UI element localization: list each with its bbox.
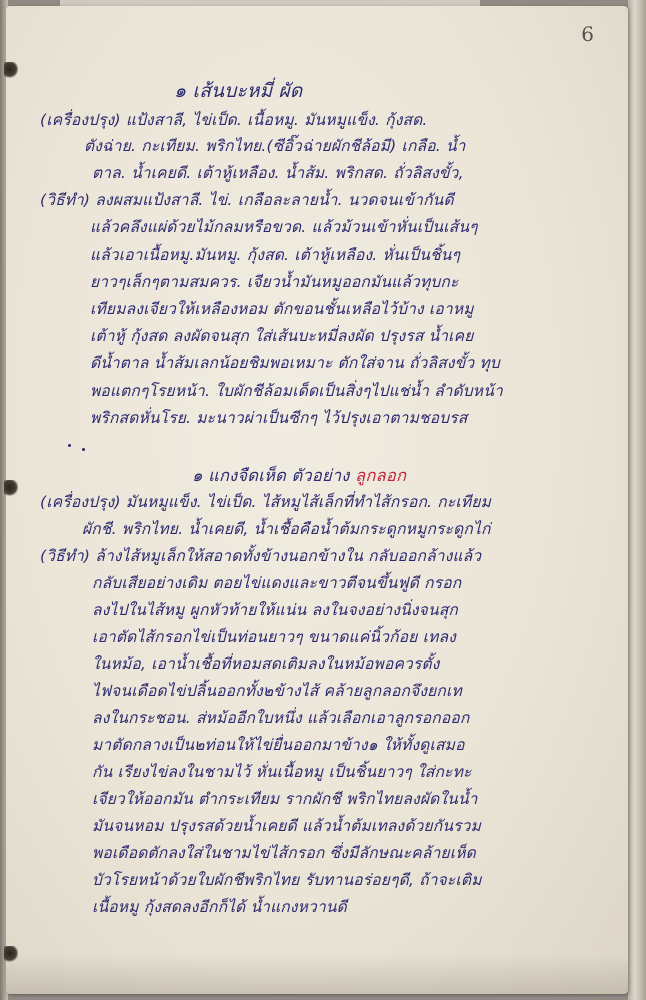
recipe-line: (เครื่องปรุง) แป้งสาลี, ไข่เป็ด. เนื้อหม… [40, 107, 428, 132]
recipe-title-annotation: ลูกลอก [355, 466, 406, 485]
recipe-line: ตังฉ่าย. กะเทียม. พริกไทย.(ซีอิ๊วฉ่ายผัก… [84, 133, 466, 158]
recipe-line: พริกสดหั่นโรย. มะนาวผ่าเป็นซีกๆ ไว้ปรุงเ… [90, 405, 467, 430]
recipe-line: (เครื่องปรุง) มันหมูแข็ง. ไข่เป็ด. ไส้หม… [40, 489, 491, 514]
recipe-line: พอเดือดตักลงใส่ในชามไข่ไส้กรอก ซึ่งมีลัก… [92, 840, 476, 865]
ink-dot [82, 448, 85, 451]
recipe-line: (วิธีทำ) ลงผสมแป้งสาลี. ไข่. เกลือละลายน… [40, 187, 454, 212]
recipe-line: มาตัดกลางเป็น๒ท่อนให้ไข่ยื่นออกมาข้าง๑ ใ… [92, 732, 465, 757]
recipe-line: เต้าหู้ กุ้งสด ลงผัดจนสุก ใส่เส้นบะหมี่ล… [90, 323, 474, 348]
binder-hole-top [4, 62, 18, 78]
recipe-line: ลงในกระชอน. ส่หม้ออีกใบหนึ่ง แล้วเลือกเอ… [92, 705, 469, 730]
recipe-title-text: เส้นบะหมี่ ผัด [193, 80, 303, 102]
recipe-line: เจียวให้ออกมัน ตำกระเทียม รากผักชี พริกไ… [92, 786, 477, 811]
recipe-line: บัวโรยหน้าด้วยใบผักชีพริกไทย รับทานอร่อย… [92, 867, 482, 892]
page-number: 6 [581, 22, 594, 46]
recipe-line: ดีน้ำตาล น้ำส้มเลกน้อยชิมพอเหมาะ ตักใส่จ… [90, 350, 500, 375]
recipe-line: ไฟจนเดือดไข่ปลิ้นออกทั้ง๒ข้างไส้ คล้ายลู… [92, 678, 462, 703]
recipe-line: เนื้อหมู กุ้งสดลงอีกก็ได้ น้ำแกงหวานดี [92, 894, 347, 919]
recipe-number-marker: ๑ [174, 80, 186, 102]
recipe-line: ยาวๆเล็กๆตามสมควร. เจียวน้ำมันหมูออกมันแ… [90, 269, 459, 294]
notebook-page: 6 ๑ เส้นบะหมี่ ผัด (เครื่องปรุง) แป้งสาล… [6, 6, 628, 994]
recipe-line: (วิธีทำ) ล้างไส้หมูเล็กให้สอาดทั้งข้างนอ… [40, 543, 481, 568]
recipe-line: กลับเสียอย่างเดิม ตอยไข่แดงและขาวตีจนขึ้… [92, 570, 461, 595]
recipe-line: เทียมลงเจียวให้เหลืองหอม ตักขอนชั้นเหลือ… [90, 296, 474, 321]
recipe-title: ๑ เส้นบะหมี่ ผัด [174, 76, 302, 106]
binder-hole-bottom [4, 946, 18, 962]
recipe-line: เอาตัดไส้กรอกไข่เป็นท่อนยาวๆ ขนาดแค่นิ้ว… [92, 624, 456, 649]
recipe-line: พอแตกๆโรยหน้า. ใบผักชีล้อมเด็ดเป็นสิ่งๆไ… [90, 378, 503, 403]
recipe-line: ในหม้อ, เอาน้ำเชื้อที่หอมสดเติมลงในหม้อพ… [92, 651, 440, 676]
recipe-line: กัน เรียงไข่ลงในชามไว้ หั่นเนื้อหมู เป็น… [92, 759, 472, 784]
recipe-title-text: แกงจืดเห็ด ตัวอย่าง [208, 466, 349, 485]
recipe-line: แล้วคลึงแผ่ด้วยไม้กลมหรือขวด. แล้วม้วนเข… [90, 214, 478, 239]
recipe-line: ลงไปในไส้หมู ผูกหัวท้ายให้แน่น ลงในจงอย่… [92, 597, 458, 622]
recipe-title: ๑ แกงจืดเห็ด ตัวอย่าง ลูกลอก [192, 463, 406, 489]
recipe-line: ผักชี. พริกไทย. น้ำเคยดี, น้ำเชื้อคือน้ำ… [82, 516, 491, 541]
ink-dot [68, 444, 71, 447]
stacked-pages-edge [628, 0, 646, 1000]
recipe-number-marker: ๑ [192, 466, 203, 485]
recipe-line: แล้วเอาเนื้อหมู.มันหมู. กุ้งสด. เต้าหู้เ… [90, 242, 460, 267]
recipe-line: มันจนหอม ปรุงรสด้วยน้ำเคยดี แล้วน้ำต้มเท… [92, 813, 481, 838]
binder-hole-middle [4, 480, 18, 496]
recipe-line: ตาล. น้ำเคยดี. เต้าหู้เหลือง. น้ำส้ม. พร… [92, 160, 464, 185]
